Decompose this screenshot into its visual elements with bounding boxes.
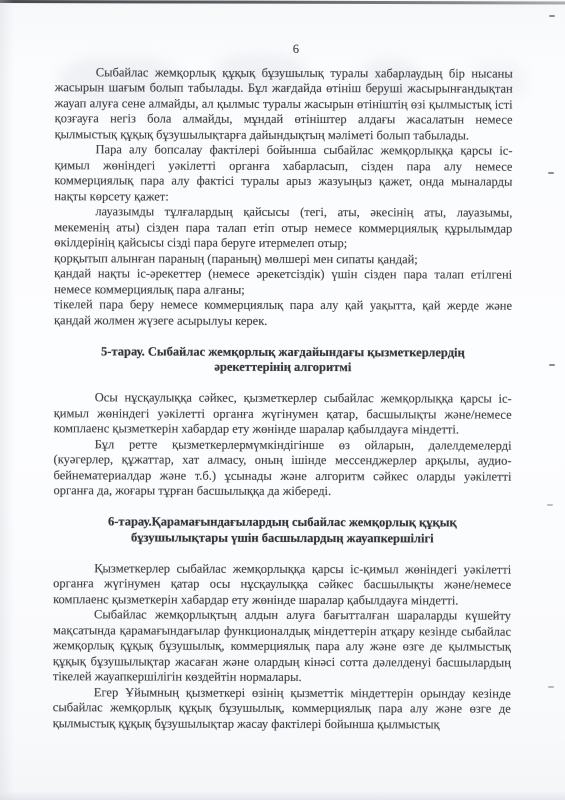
paragraph: қандай нақты іс-әрекеттер (немесе әрекет… xyxy=(54,266,512,298)
chapter-heading: 6-тарау.Қарамағындағылардың сыбайлас жем… xyxy=(53,514,511,546)
scan-edge-mark-artifact xyxy=(548,172,554,174)
scan-left-shading xyxy=(0,0,14,800)
document-body: Сыбайлас жемқорлық құқық бұзушылық турал… xyxy=(53,65,513,733)
paragraph: Сыбайлас жемқорлықтың алдын алуға бағытт… xyxy=(53,607,511,686)
document-page: 6 Сыбайлас жемқорлық құқық бұзушылық тур… xyxy=(53,0,513,733)
paragraph: лауазымды тұлғалардың қайсысы (тегі, аты… xyxy=(54,204,512,252)
paragraph: тікелей пара беру немесе коммерциялық па… xyxy=(54,297,512,329)
paragraph: Сыбайлас жемқорлық құқық бұзушылық турал… xyxy=(55,65,513,144)
scanned-page: 6 Сыбайлас жемқорлық құқық бұзушылық тур… xyxy=(0,0,565,800)
scan-bottom-edge-artifact xyxy=(0,791,565,800)
paragraph: Қызметкерлер сыбайлас жемқорлыққа қарсы … xyxy=(53,561,511,609)
paragraph: Бұл ретте қызметкерлермүмкіндігінше өз о… xyxy=(53,437,511,500)
page-number: 6 xyxy=(67,41,525,58)
scan-edge-mark-artifact xyxy=(549,364,555,366)
chapter-heading: 5-тарау. Сыбайлас жемқорлық жағдайындағы… xyxy=(54,344,512,376)
scan-edge-mark-artifact xyxy=(549,15,555,17)
paragraph: қорқытып алынған параның (параның) мөлше… xyxy=(54,251,512,268)
scan-edge-mark-artifact xyxy=(548,686,554,688)
paragraph: Пара алу бопсалау фактілері бойынша сыба… xyxy=(54,142,512,205)
paragraph: Осы нұсқаулыққа сәйкес, қызметкерлер сыб… xyxy=(54,390,512,438)
scan-edge-mark-artifact xyxy=(547,504,553,506)
paragraph: Егер Ұйымның қызметкері өзінің қызметтік… xyxy=(53,685,511,733)
